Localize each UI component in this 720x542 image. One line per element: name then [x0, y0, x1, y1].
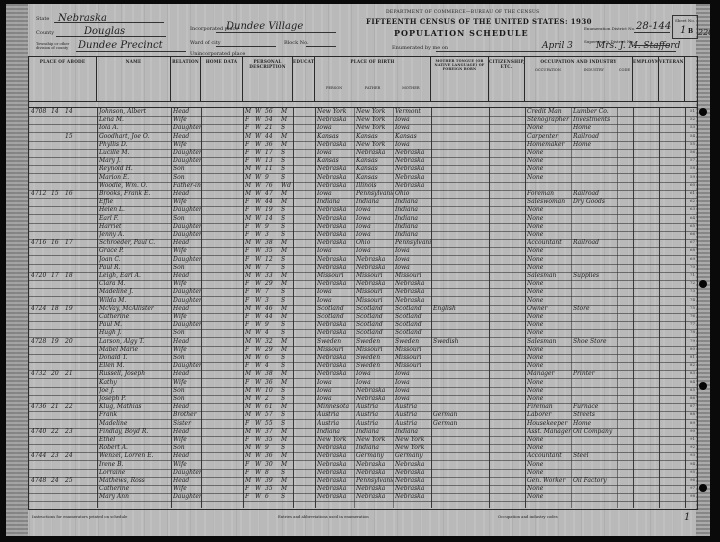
cell-dwelling: [51, 182, 63, 190]
cell-race: W: [255, 198, 263, 206]
cell-sex: M: [245, 174, 253, 182]
cell-tongue: [433, 452, 489, 460]
cell-mother: Iowa: [395, 116, 431, 124]
cell-family: 22: [65, 403, 77, 411]
cell-race: W: [255, 329, 263, 337]
cell-age: 17: [265, 149, 279, 157]
cell-family: [65, 247, 77, 255]
cell-father: Missouri: [356, 346, 393, 354]
line-number: 84: [685, 379, 695, 384]
cell-birth: Nebraska: [317, 354, 354, 362]
cell-tongue: [433, 346, 489, 354]
cell-marital: M: [281, 133, 293, 141]
cell-relation: Daughter: [173, 493, 201, 501]
line-number: 69: [685, 256, 695, 261]
line-number: 76: [685, 313, 695, 318]
cell-industry: [573, 256, 617, 264]
cell-sex: M: [245, 452, 253, 460]
cell-marital: M: [281, 198, 293, 206]
cell-family: [65, 116, 77, 124]
cell-mother: Iowa: [395, 370, 431, 378]
cell-family: [65, 231, 77, 239]
cell-age: 38: [265, 370, 279, 378]
cell-family: [65, 411, 77, 419]
cell-family: [65, 387, 77, 395]
cell-race: W: [255, 174, 263, 182]
cell-occupation: None: [527, 485, 571, 493]
cell-race: W: [255, 346, 263, 354]
cell-race: W: [255, 321, 263, 329]
cell-marital: Wd: [281, 182, 293, 190]
cell-relation: Son: [173, 395, 201, 403]
cell-name: Reynold H.: [99, 165, 171, 173]
cell-relation: Daughter: [173, 469, 201, 477]
cell-father: Nebraska: [356, 493, 393, 501]
cell-name: Helen L.: [99, 206, 171, 214]
cell-family: [65, 362, 77, 370]
cell-race: W: [255, 305, 263, 313]
cell-relation: Head: [173, 428, 201, 436]
cell-family: [65, 256, 77, 264]
cell-father: Indiana: [356, 428, 393, 436]
cell-age: 4: [265, 329, 279, 337]
cell-dwelling: 16: [51, 239, 63, 247]
cell-marital: M: [281, 379, 293, 387]
cell-race: W: [255, 428, 263, 436]
cell-marital: S: [281, 256, 293, 264]
cell-race: W: [255, 288, 263, 296]
cell-occupation: Housekeeper: [527, 420, 571, 428]
cell-name: Lena M.: [99, 116, 171, 124]
cell-dwelling: [51, 411, 63, 419]
cell-industry: [573, 247, 617, 255]
cell-mother: Ohio: [395, 190, 431, 198]
cell-occupation: Credit Man: [527, 108, 571, 116]
cell-race: W: [255, 133, 263, 141]
cell-dwelling: [51, 395, 63, 403]
cell-house: [31, 444, 49, 452]
line-number: 54: [685, 133, 695, 138]
cell-tongue: [433, 288, 489, 296]
cell-house: 4716: [31, 239, 49, 247]
cell-occupation: Accountant: [527, 452, 571, 460]
cell-mother: Indiana: [395, 198, 431, 206]
scan-edge-left: [6, 4, 28, 536]
cell-tongue: German: [433, 420, 489, 428]
cell-industry: Home: [573, 124, 617, 132]
cell-mother: Scotland: [395, 305, 431, 313]
sheet-number-box: Sheet No. 1 B: [672, 15, 698, 39]
line-number: 75: [685, 305, 695, 310]
cell-house: [31, 247, 49, 255]
cell-relation: Wife: [173, 346, 201, 354]
cell-birth: Nebraska: [317, 461, 354, 469]
cell-tongue: [433, 247, 489, 255]
cell-sex: F: [245, 223, 253, 231]
cell-occupation: None: [527, 256, 571, 264]
cell-house: [31, 256, 49, 264]
cell-dwelling: [51, 280, 63, 288]
cell-dwelling: [51, 124, 63, 132]
cell-relation: Wife: [173, 247, 201, 255]
cell-family: [65, 461, 77, 469]
cell-age: 21: [265, 124, 279, 132]
cell-marital: M: [281, 452, 293, 460]
cell-name: Clara M.: [99, 280, 171, 288]
line-number: 57: [685, 157, 695, 162]
cell-sex: F: [245, 461, 253, 469]
cell-relation: Wife: [173, 141, 201, 149]
cell-age: 3: [265, 231, 279, 239]
line-number: 59: [685, 174, 695, 179]
cell-family: 14: [65, 108, 77, 116]
cell-age: 9: [265, 321, 279, 329]
cell-age: 55: [265, 420, 279, 428]
col-veterans: VETERANS: [659, 57, 685, 101]
cell-house: [31, 346, 49, 354]
cell-age: 37: [265, 428, 279, 436]
cell-birth: Indiana: [317, 198, 354, 206]
cell-occupation: None: [527, 379, 571, 387]
cell-father: Austria: [356, 420, 393, 428]
cell-race: W: [255, 387, 263, 395]
table-row: Mary AnnDaughterFW6SNebraskaNebraskaNebr…: [29, 493, 697, 502]
cell-race: W: [255, 149, 263, 157]
cell-age: 47: [265, 190, 279, 198]
line-number: 64: [685, 215, 695, 220]
cell-mother: Nebraska: [395, 477, 431, 485]
cell-father: New York: [356, 124, 393, 132]
cell-age: 57: [265, 411, 279, 419]
stamp-number: 220: [698, 28, 710, 37]
enumeration-district-label: Enumeration District No.: [584, 26, 635, 31]
cell-dwelling: [51, 256, 63, 264]
cell-father: Nebraska: [356, 461, 393, 469]
cell-dwelling: 24: [51, 477, 63, 485]
cell-race: W: [255, 190, 263, 198]
cell-relation: Head: [173, 108, 201, 116]
cell-house: [31, 124, 49, 132]
cell-father: Iowa: [356, 206, 393, 214]
cell-marital: M: [281, 370, 293, 378]
cell-occupation: Foreman: [527, 190, 571, 198]
cell-dwelling: 20: [51, 370, 63, 378]
cell-marital: S: [281, 387, 293, 395]
cell-age: 44: [265, 133, 279, 141]
cell-name: Jenny A.: [99, 231, 171, 239]
cell-family: 20: [65, 338, 77, 346]
cell-sex: F: [245, 420, 253, 428]
cell-marital: S: [281, 157, 293, 165]
cell-sex: M: [245, 387, 253, 395]
line-number: 90: [685, 428, 695, 433]
cell-marital: M: [281, 403, 293, 411]
cell-mother: Nebraska: [395, 280, 431, 288]
cell-mother: Iowa: [395, 256, 431, 264]
cell-family: [65, 321, 77, 329]
cell-relation: Daughter: [173, 297, 201, 305]
line-number: 74: [685, 297, 695, 302]
cell-marital: M: [281, 280, 293, 288]
cell-tongue: [433, 239, 489, 247]
cell-mother: Missouri: [395, 272, 431, 280]
column-headers: PLACE OF ABODE NAME RELATION HOME DATA P…: [29, 57, 697, 102]
cell-father: Iowa: [356, 231, 393, 239]
cell-relation: Head: [173, 370, 201, 378]
cell-birth: Nebraska: [317, 256, 354, 264]
cell-occupation: None: [527, 264, 571, 272]
cell-sex: M: [245, 133, 253, 141]
cell-age: 33: [265, 272, 279, 280]
cell-mother: Missouri: [395, 354, 431, 362]
line-number: 85: [685, 387, 695, 392]
cell-relation: Head: [173, 272, 201, 280]
cell-name: Goodhart, Joe O.: [99, 133, 171, 141]
cell-tongue: [433, 362, 489, 370]
cell-industry: [573, 379, 617, 387]
cell-relation: Head: [173, 338, 201, 346]
sheet-side: B: [688, 28, 693, 35]
cell-race: W: [255, 223, 263, 231]
cell-house: 4748: [31, 477, 49, 485]
cell-sex: F: [245, 313, 253, 321]
cell-industry: [573, 313, 617, 321]
cell-mother: Missouri: [395, 362, 431, 370]
cell-family: [65, 444, 77, 452]
cell-birth: Scotland: [317, 313, 354, 321]
cell-marital: S: [281, 231, 293, 239]
cell-relation: Head: [173, 239, 201, 247]
cell-birth: Nebraska: [317, 231, 354, 239]
cell-father: New York: [356, 108, 393, 116]
cell-birth: Iowa: [317, 387, 354, 395]
cell-house: [31, 321, 49, 329]
entry-rows: 47081414Johnson, AlbertHeadMW56MNew York…: [29, 108, 697, 508]
cell-race: W: [255, 272, 263, 280]
cell-occupation: Salesman: [527, 338, 571, 346]
cell-tongue: [433, 436, 489, 444]
cell-name: Joseph P.: [99, 395, 171, 403]
cell-marital: S: [281, 165, 293, 173]
cell-house: [31, 395, 49, 403]
cell-marital: M: [281, 461, 293, 469]
cell-father: Ohio: [356, 239, 393, 247]
cell-industry: [573, 182, 617, 190]
cell-dwelling: 19: [51, 338, 63, 346]
state-value: Nebraska: [58, 13, 107, 24]
col-education: EDUCATION: [293, 57, 315, 101]
cell-tongue: [433, 149, 489, 157]
cell-industry: [573, 362, 617, 370]
cell-mother: Nebraska: [395, 288, 431, 296]
cell-relation: Daughter: [173, 231, 201, 239]
cell-name: Paul R.: [99, 264, 171, 272]
cell-house: [31, 223, 49, 231]
cell-race: W: [255, 370, 263, 378]
cell-occupation: None: [527, 436, 571, 444]
cell-occupation: None: [527, 354, 571, 362]
column-number-row: [29, 101, 697, 108]
cell-birth: Nebraska: [317, 141, 354, 149]
cell-house: 4724: [31, 305, 49, 313]
cell-father: Missouri: [356, 297, 393, 305]
sheet-label: Sheet No.: [675, 18, 695, 23]
cell-family: [65, 354, 77, 362]
cell-name: Phyllis D.: [99, 141, 171, 149]
cell-father: Indiana: [356, 444, 393, 452]
cell-birth: Nebraska: [317, 493, 354, 501]
block-line: [306, 46, 336, 47]
township-label: Township or other division of county: [36, 42, 76, 50]
cell-tongue: [433, 108, 489, 116]
line-number: 71: [685, 272, 695, 277]
cell-house: [31, 313, 49, 321]
cell-age: 7: [265, 264, 279, 272]
cell-birth: Nebraska: [317, 362, 354, 370]
cell-occupation: Owner: [527, 305, 571, 313]
cell-sex: F: [245, 436, 253, 444]
cell-mother: Iowa: [395, 247, 431, 255]
cell-relation: Son: [173, 165, 201, 173]
cell-house: 4740: [31, 428, 49, 436]
cell-name: Effie: [99, 198, 171, 206]
cell-tongue: [433, 370, 489, 378]
cell-marital: S: [281, 297, 293, 305]
cell-race: W: [255, 469, 263, 477]
cell-industry: [573, 321, 617, 329]
line-number: 95: [685, 469, 695, 474]
cell-father: Iowa: [356, 370, 393, 378]
cell-marital: M: [281, 108, 293, 116]
cell-dwelling: [51, 493, 63, 501]
cell-industry: [573, 157, 617, 165]
cell-age: 4: [265, 362, 279, 370]
cell-father: Austria: [356, 403, 393, 411]
cell-house: 4728: [31, 338, 49, 346]
cell-race: W: [255, 215, 263, 223]
cell-name: Ethel: [99, 436, 171, 444]
cell-family: [65, 149, 77, 157]
enumeration-district-line: [634, 32, 670, 33]
cell-house: [31, 485, 49, 493]
cell-house: 4736: [31, 403, 49, 411]
cell-relation: Wife: [173, 379, 201, 387]
cell-sex: F: [245, 116, 253, 124]
cell-birth: Nebraska: [317, 321, 354, 329]
line-number: 70: [685, 264, 695, 269]
cell-name: Schroeder, Paul C.: [99, 239, 171, 247]
cell-mother: Nebraska: [395, 297, 431, 305]
cell-age: 56: [265, 108, 279, 116]
cell-marital: S: [281, 223, 293, 231]
cell-industry: Steel: [573, 452, 617, 460]
cell-race: W: [255, 256, 263, 264]
cell-mother: Nebraska: [395, 157, 431, 165]
line-number: 87: [685, 403, 695, 408]
cell-dwelling: 21: [51, 403, 63, 411]
line-number: 94: [685, 461, 695, 466]
cell-birth: Indiana: [317, 428, 354, 436]
cell-industry: Oil Factory: [573, 477, 617, 485]
line-number: 91: [685, 436, 695, 441]
cell-name: Joe J.: [99, 387, 171, 395]
cell-birth: Iowa: [317, 288, 354, 296]
cell-sex: F: [245, 297, 253, 305]
line-number: 65: [685, 223, 695, 228]
cell-family: [65, 379, 77, 387]
cell-tongue: [433, 174, 489, 182]
cell-father: Scotland: [356, 305, 393, 313]
cell-age: 36: [265, 452, 279, 460]
cell-occupation: None: [527, 362, 571, 370]
cell-occupation: None: [527, 157, 571, 165]
cell-relation: Son: [173, 174, 201, 182]
cell-birth: Nebraska: [317, 485, 354, 493]
ward-line: [216, 46, 276, 47]
line-number: 60: [685, 182, 695, 187]
line-number: 86: [685, 395, 695, 400]
cell-name: Mabel Marie: [99, 346, 171, 354]
cell-house: [31, 280, 49, 288]
cell-age: 38: [265, 239, 279, 247]
cell-age: 14: [265, 215, 279, 223]
cell-occupation: Homemaker: [527, 141, 571, 149]
cell-sex: F: [245, 362, 253, 370]
cell-race: W: [255, 157, 263, 165]
cell-dwelling: [51, 387, 63, 395]
cell-sex: F: [245, 206, 253, 214]
cell-father: Germany: [356, 452, 393, 460]
cell-father: Sweden: [356, 362, 393, 370]
schedule-title: POPULATION SCHEDULE: [394, 28, 529, 38]
cell-name: Findlay, Boyd R.: [99, 428, 171, 436]
cell-birth: Nebraska: [317, 182, 354, 190]
cell-mother: Kansas: [395, 133, 431, 141]
cell-tongue: [433, 485, 489, 493]
cell-industry: [573, 223, 617, 231]
cell-name: Hugh J.: [99, 329, 171, 337]
cell-marital: S: [281, 206, 293, 214]
cell-mother: Vermont: [395, 108, 431, 116]
col-personal-description: PERSONAL DESCRIPTION: [243, 57, 293, 101]
cell-industry: [573, 354, 617, 362]
cell-family: [65, 329, 77, 337]
cell-family: [65, 198, 77, 206]
cell-tongue: [433, 157, 489, 165]
cell-dwelling: [51, 444, 63, 452]
cell-birth: Iowa: [317, 395, 354, 403]
cell-house: [31, 354, 49, 362]
cell-relation: Daughter: [173, 288, 201, 296]
cell-name: Klug, Mathias: [99, 403, 171, 411]
cell-industry: Oil Company: [573, 428, 617, 436]
cell-birth: Minnesota: [317, 403, 354, 411]
cell-tongue: [433, 264, 489, 272]
cell-birth: Scotland: [317, 305, 354, 313]
cell-sex: F: [245, 379, 253, 387]
cell-industry: Shoe Store: [573, 338, 617, 346]
cell-mother: Iowa: [395, 141, 431, 149]
cell-industry: Home: [573, 420, 617, 428]
cell-mother: Nebraska: [395, 174, 431, 182]
cell-occupation: None: [527, 387, 571, 395]
cell-father: Iowa: [356, 379, 393, 387]
cell-marital: S: [281, 362, 293, 370]
cell-industry: Railroad: [573, 190, 617, 198]
cell-race: W: [255, 452, 263, 460]
cell-sex: M: [245, 215, 253, 223]
footer-note-right: Occupation and industry codes: [498, 514, 558, 519]
